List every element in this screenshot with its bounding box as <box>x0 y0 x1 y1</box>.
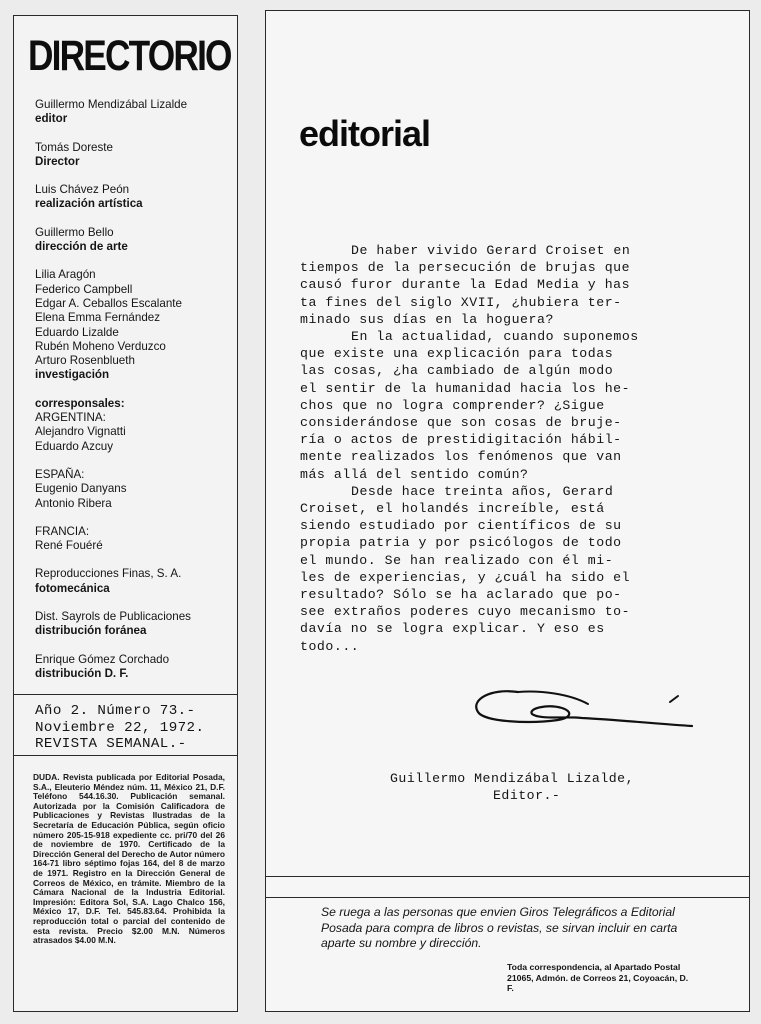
editorial-paragraph: De haber vivido Gerard Croiset en tiempo… <box>300 242 700 328</box>
directory-name: FRANCIA: <box>35 525 235 539</box>
correspondence-address: Toda correspondencia, al Apartado Postal… <box>507 962 697 994</box>
directory-name: Lilia Aragón <box>35 268 235 282</box>
directory-group: Dist. Sayrols de Publicacionesdistribuci… <box>35 610 235 639</box>
directory-role: distribución foránea <box>35 624 235 638</box>
directory-name: Federico Campbell <box>35 283 235 297</box>
directory-name: Elena Emma Fernández <box>35 311 235 325</box>
editorial-title: editorial <box>299 113 430 155</box>
directory-name: Eduardo Lizalde <box>35 326 235 340</box>
directory-group: Tomás DoresteDirector <box>35 141 235 170</box>
directory-name: Dist. Sayrols de Publicaciones <box>35 610 235 624</box>
directory-name: Eugenio Danyans <box>35 482 235 496</box>
signature-block: Guillermo Mendizábal Lizalde, Editor.- <box>390 770 730 804</box>
divider <box>265 897 750 898</box>
directory-group: corresponsales:ARGENTINA:Alejandro Vigna… <box>35 397 235 454</box>
directory-role: fotomecánica <box>35 582 235 596</box>
directory-role: corresponsales: <box>35 397 235 411</box>
directory-role: realización artística <box>35 197 235 211</box>
divider <box>265 876 750 877</box>
directory-list: Guillermo Mendizábal LizaldeeditorTomás … <box>35 98 235 695</box>
directory-name: Luis Chávez Peón <box>35 183 235 197</box>
directory-group: ESPAÑA:Eugenio DanyansAntonio Ribera <box>35 468 235 511</box>
directory-name: Antonio Ribera <box>35 497 235 511</box>
directory-group: FRANCIA:René Fouéré <box>35 525 235 554</box>
directory-group: Guillermo Mendizábal Lizaldeeditor <box>35 98 235 127</box>
directory-name: Guillermo Mendizábal Lizalde <box>35 98 235 112</box>
directory-name: Guillermo Bello <box>35 226 235 240</box>
directory-name: Arturo Rosenblueth <box>35 354 235 368</box>
signature-title: Editor.- <box>390 787 730 804</box>
directory-name: Eduardo Azcuy <box>35 440 235 454</box>
issue-info: Año 2. Número 73.- Noviembre 22, 1972. R… <box>35 703 204 753</box>
directory-name: Tomás Doreste <box>35 141 235 155</box>
telegram-notice: Se ruega a las personas que envien Giros… <box>321 905 701 952</box>
directory-name: Edgar A. Ceballos Escalante <box>35 297 235 311</box>
legal-notice: DUDA. Revista publicada por Editorial Po… <box>33 773 225 946</box>
issue-date: Noviembre 22, 1972. <box>35 720 204 736</box>
directory-role: Director <box>35 155 235 169</box>
directory-title: DIRECTORIO <box>28 32 231 80</box>
directory-role: investigación <box>35 368 235 382</box>
directory-role: dirección de arte <box>35 240 235 254</box>
directory-group: Luis Chávez Peónrealización artística <box>35 183 235 212</box>
editorial-paragraph: Desde hace treinta años, Gerard Croiset,… <box>300 483 700 655</box>
directory-name: Rubén Moheno Verduzco <box>35 340 235 354</box>
directory-name: Reproducciones Finas, S. A. <box>35 567 235 581</box>
directory-role: distribución D. F. <box>35 667 235 681</box>
directory-group: Guillermo Bellodirección de arte <box>35 226 235 255</box>
issue-number: Año 2. Número 73.- <box>35 703 195 719</box>
directory-role: editor <box>35 112 235 126</box>
signature-icon <box>470 680 700 740</box>
directory-name: René Fouéré <box>35 539 235 553</box>
signature-name: Guillermo Mendizábal Lizalde, <box>390 771 634 786</box>
editorial-body: De haber vivido Gerard Croiset en tiempo… <box>300 242 700 655</box>
directory-name: Alejandro Vignatti <box>35 425 235 439</box>
directory-name: ARGENTINA: <box>35 411 235 425</box>
directory-group: Enrique Gómez Corchadodistribución D. F. <box>35 653 235 682</box>
directory-group: Lilia AragónFederico CampbellEdgar A. Ce… <box>35 268 235 382</box>
issue-frequency: REVISTA SEMANAL.- <box>35 736 187 752</box>
directory-name: ESPAÑA: <box>35 468 235 482</box>
editorial-paragraph: En la actualidad, cuando suponemos que e… <box>300 328 700 483</box>
directory-name: Enrique Gómez Corchado <box>35 653 235 667</box>
directory-group: Reproducciones Finas, S. A.fotomecánica <box>35 567 235 596</box>
